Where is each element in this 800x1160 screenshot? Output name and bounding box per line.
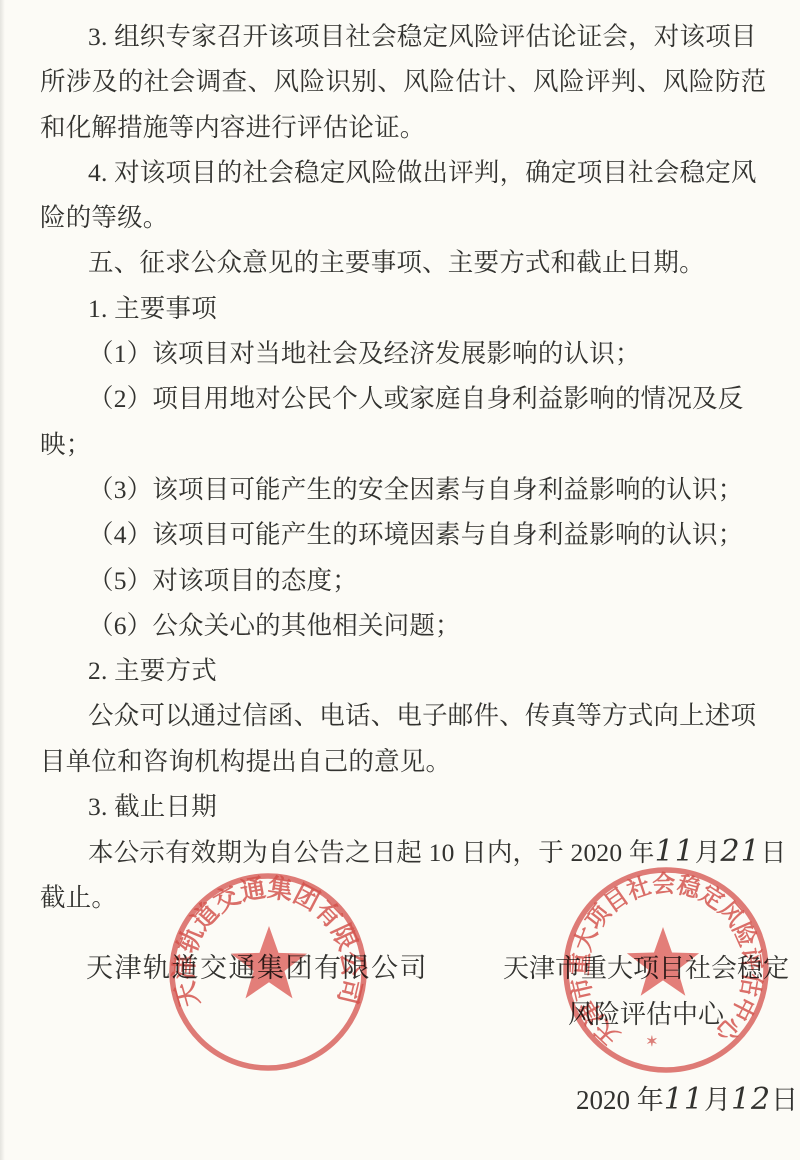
text-segment: （6）公众关心的其他相关问题； — [88, 611, 461, 640]
body-line: 2. 主要方式 — [40, 648, 766, 693]
signature-org-right-line2: 风险评估中心 — [488, 992, 800, 1038]
body-line: （2）项目用地对公民个人或家庭自身利益影响的情况及反 — [40, 376, 766, 421]
text-segment: 月 — [704, 1085, 731, 1115]
body-line: 险的等级。 — [40, 195, 766, 240]
text-segment: 3. 截止日期 — [88, 792, 217, 821]
text-segment: 和化解措施等内容进行评估论证。 — [40, 113, 426, 142]
text-segment: 目单位和咨询机构提出自己的意见。 — [40, 747, 451, 776]
text-segment: 本公示有效期为自公告之日起 10 日内，于 2020 年 — [88, 838, 655, 867]
body-line: （5）对该项目的态度； — [40, 558, 766, 603]
handwritten-digit: 21 — [721, 834, 761, 869]
body-line: 五、征求公众意见的主要事项、主要方式和截止日期。 — [40, 240, 766, 285]
text-segment: 2020 年 — [576, 1085, 664, 1115]
body-line: 目单位和咨询机构提出自己的意见。 — [40, 739, 766, 784]
scanned-notice-page: 3. 组织专家召开该项目社会稳定风险评估论证会，对该项目所涉及的社会调查、风险识… — [0, 0, 800, 1160]
text-segment: （2）项目用地对公民个人或家庭自身利益影响的情况及反 — [88, 384, 743, 413]
body-line: （6）公众关心的其他相关问题； — [40, 603, 766, 648]
text-segment: 映； — [40, 430, 91, 459]
text-segment: 所涉及的社会调查、风险识别、风险估计、风险评判、风险防范 — [40, 67, 767, 96]
text-segment: （3）该项目可能产生的安全因素与自身利益影响的认识； — [88, 475, 743, 504]
text-segment: 1. 主要事项 — [88, 294, 217, 323]
text-segment: 3. 组织专家召开该项目社会稳定风险评估论证会，对该项目 — [88, 22, 757, 51]
body-line: 和化解措施等内容进行评估论证。 — [40, 105, 766, 150]
document-body: 3. 组织专家召开该项目社会稳定风险评估论证会，对该项目所涉及的社会调查、风险识… — [40, 14, 766, 920]
body-line: 3. 截止日期 — [40, 784, 766, 829]
text-segment: 2. 主要方式 — [88, 656, 217, 685]
body-line: 1. 主要事项 — [40, 286, 766, 331]
text-segment: 公众可以通过信函、电话、电子邮件、传真等方式向上述项 — [88, 701, 756, 730]
text-segment: 日 — [771, 1085, 798, 1115]
text-segment: 4. 对该项目的社会稳定风险做出评判，确定项目社会稳定风 — [88, 158, 757, 187]
text-segment: （4）该项目可能产生的环境因素与自身利益影响的认识； — [88, 520, 743, 549]
body-line: 截止。 — [40, 875, 766, 920]
body-line: 3. 组织专家召开该项目社会稳定风险评估论证会，对该项目 — [40, 14, 766, 59]
text-segment: 日 — [761, 838, 787, 867]
body-line: 4. 对该项目的社会稳定风险做出评判，确定项目社会稳定风 — [40, 150, 766, 195]
body-line: 公众可以通过信函、电话、电子邮件、传真等方式向上述项 — [40, 693, 766, 738]
body-line: 所涉及的社会调查、风险识别、风险估计、风险评判、风险防范 — [40, 59, 766, 104]
text-segment: 险的等级。 — [40, 203, 169, 232]
signature-org-right-line1: 天津市重大项目社会稳定 — [488, 946, 800, 992]
text-segment: （1）该项目对当地社会及经济发展影响的认识； — [88, 339, 641, 368]
handwritten-digit: 12 — [731, 1082, 771, 1117]
body-line: （4）该项目可能产生的环境因素与自身利益影响的认识； — [40, 512, 766, 557]
body-line: （3）该项目可能产生的安全因素与自身利益影响的认识； — [40, 467, 766, 512]
signature-org-left: 天津轨道交通集团有限公司 — [86, 946, 428, 985]
document-date: 2020 年11月12日 — [576, 1078, 798, 1117]
text-segment: 月 — [695, 838, 721, 867]
text-segment: （5）对该项目的态度； — [88, 566, 358, 595]
signature-org-right: 天津市重大项目社会稳定 风险评估中心 — [488, 946, 800, 1037]
body-line: （1）该项目对当地社会及经济发展影响的认识； — [40, 331, 766, 376]
body-line: 映； — [40, 422, 766, 467]
seal-bottom-mark: ✶ — [646, 1035, 658, 1050]
text-segment: 五、征求公众意见的主要事项、主要方式和截止日期。 — [88, 248, 705, 277]
handwritten-digit: 11 — [664, 1082, 704, 1117]
body-line: 本公示有效期为自公告之日起 10 日内，于 2020 年11月21日 — [40, 829, 766, 874]
handwritten-digit: 11 — [655, 834, 695, 869]
text-segment: 截止。 — [40, 883, 117, 912]
